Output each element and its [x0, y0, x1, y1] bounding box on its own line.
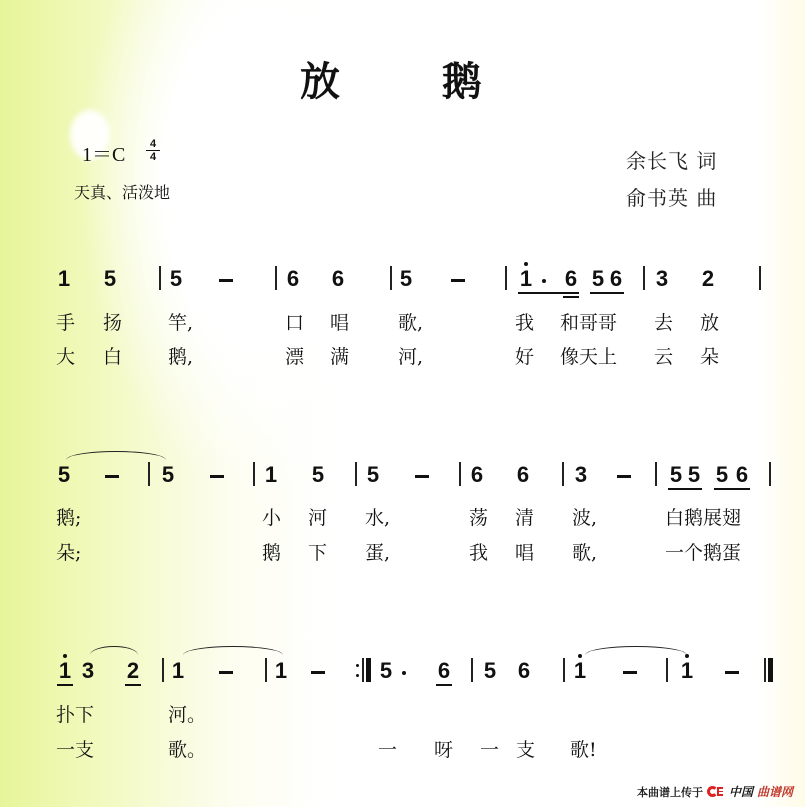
bar-line	[471, 658, 473, 682]
bar-line	[253, 462, 255, 486]
background-right-edge	[760, 0, 805, 807]
underline-eighth	[714, 488, 750, 490]
repeat-dot	[356, 664, 359, 667]
bar-line	[459, 462, 461, 486]
final-bar-thin	[764, 658, 766, 682]
high-octave-dot	[685, 654, 689, 658]
note: 3	[573, 464, 589, 486]
underline-sixteenth	[563, 296, 579, 298]
note: 6	[330, 268, 346, 290]
lyric: 河	[308, 508, 327, 528]
note: 5	[365, 464, 381, 486]
bar-line	[148, 462, 150, 486]
lyric: 歌,	[572, 543, 597, 563]
bar-line	[162, 658, 164, 682]
lyric: 河,	[398, 347, 423, 367]
lyric: 云	[654, 347, 673, 367]
note: 1	[56, 268, 72, 290]
site-logo-icon	[707, 786, 725, 798]
note: 2	[125, 660, 141, 682]
lyric: 歌,	[398, 313, 423, 333]
lyric: 手	[56, 313, 75, 333]
note: 6	[563, 268, 579, 290]
bar-line	[562, 462, 564, 486]
lyric: 波,	[572, 508, 597, 528]
note-high: 1	[679, 660, 695, 682]
note: 2	[700, 268, 716, 290]
note: 6	[515, 464, 531, 486]
time-signature: 4 4	[146, 139, 160, 162]
lyric: 朵	[700, 347, 719, 367]
repeat-bar-thick	[366, 658, 371, 682]
extension-dash	[415, 475, 429, 478]
underline-eighth	[518, 292, 579, 294]
note: 6	[734, 464, 750, 486]
high-octave-dot	[63, 654, 67, 658]
extension-dash	[623, 671, 637, 674]
note: 5	[102, 268, 118, 290]
lyric: 白鹅展翅	[665, 508, 741, 528]
bar-line	[265, 658, 267, 682]
note: 5	[168, 268, 184, 290]
lyric: 好	[515, 347, 534, 367]
lyric: 白	[103, 347, 122, 367]
note: 6	[436, 660, 452, 682]
repeat-bar-thin	[362, 658, 364, 682]
underline-eighth	[57, 684, 73, 686]
extension-dash	[451, 279, 465, 282]
lyric: 扬	[103, 313, 122, 333]
lyric: 口	[285, 313, 304, 333]
key-signature: 1＝C	[82, 138, 125, 167]
extension-dash	[311, 671, 325, 674]
bar-line	[769, 462, 771, 486]
note-high: 1	[57, 660, 73, 682]
bar-line	[655, 462, 657, 486]
note: 5	[590, 268, 606, 290]
lyric: 小	[262, 508, 281, 528]
note-high: 1	[572, 660, 588, 682]
lyric: 放	[700, 313, 719, 333]
song-title: 放 鹅	[300, 50, 526, 107]
lyric: 一个鹅蛋	[665, 543, 741, 563]
time-signature-top: 4	[150, 138, 156, 150]
high-octave-dot	[578, 654, 582, 658]
note: 1	[263, 464, 279, 486]
lyric: 漂	[285, 347, 304, 367]
repeat-dot	[356, 674, 359, 677]
underline-eighth	[590, 292, 624, 294]
extension-dash	[617, 475, 631, 478]
augmentation-dot	[542, 279, 546, 283]
bar-line	[159, 266, 161, 290]
lyric: 我	[469, 543, 488, 563]
note: 5	[310, 464, 326, 486]
underline-eighth	[668, 488, 702, 490]
note: 3	[80, 660, 96, 682]
bar-line	[759, 266, 761, 290]
note: 5	[714, 464, 730, 486]
lyric: 和哥哥	[560, 313, 617, 333]
bar-line	[643, 266, 645, 290]
site-name-part2: 曲谱网	[757, 783, 793, 800]
note: 5	[56, 464, 72, 486]
note-high: 1	[518, 268, 534, 290]
final-bar-thick	[768, 658, 773, 682]
bar-line	[666, 658, 668, 682]
lyric: 竿,	[168, 313, 193, 333]
note: 6	[516, 660, 532, 682]
underline-eighth	[125, 684, 141, 686]
extension-dash	[219, 279, 233, 282]
note: 5	[482, 660, 498, 682]
lyric: 荡	[469, 508, 488, 528]
note: 5	[398, 268, 414, 290]
lyric: 支	[516, 740, 535, 760]
lyric: 一	[480, 740, 499, 760]
lyric: 鹅	[262, 543, 281, 563]
note: 6	[285, 268, 301, 290]
lyric: 河。	[168, 705, 206, 725]
note: 1	[170, 660, 186, 682]
lyricist-credit: 余长飞 词	[626, 145, 717, 174]
lyric: 清	[515, 508, 534, 528]
note: 5	[686, 464, 702, 486]
lyric: 呀	[434, 740, 453, 760]
watermark-text: 本曲谱上传于	[637, 784, 703, 800]
lyric: 一支	[56, 740, 94, 760]
lyric: 唱	[515, 543, 534, 563]
augmentation-dot	[402, 671, 406, 675]
lyric: 像天上	[560, 347, 617, 367]
note: 6	[608, 268, 624, 290]
lyric: 去	[654, 313, 673, 333]
lyric: 朵;	[56, 543, 81, 563]
bar-line	[390, 266, 392, 290]
note: 3	[654, 268, 670, 290]
high-octave-dot	[524, 262, 528, 266]
lyric: 满	[330, 347, 349, 367]
bar-line	[505, 266, 507, 290]
lyric: 唱	[330, 313, 349, 333]
lyric: 蛋,	[365, 543, 390, 563]
lyric: 我	[515, 313, 534, 333]
underline-eighth	[436, 684, 452, 686]
lyric: 鹅,	[168, 347, 193, 367]
bar-line	[355, 462, 357, 486]
bar-line	[563, 658, 565, 682]
extension-dash	[105, 475, 119, 478]
lyric: 歌!	[570, 740, 597, 760]
tempo-marking: 天真、活泼地	[74, 180, 170, 203]
composer-credit: 俞书英 曲	[626, 182, 717, 211]
extension-dash	[725, 671, 739, 674]
note: 5	[668, 464, 684, 486]
site-name-part1: 中国	[729, 783, 753, 800]
lyric: 下	[308, 543, 327, 563]
lyric: 一	[378, 740, 397, 760]
lyric: 鹅;	[56, 508, 81, 528]
extension-dash	[210, 475, 224, 478]
note: 6	[469, 464, 485, 486]
extension-dash	[219, 671, 233, 674]
lyric: 大	[56, 347, 75, 367]
bar-line	[275, 266, 277, 290]
lyric: 扑下	[56, 705, 94, 725]
note: 5	[378, 660, 394, 682]
tie	[585, 646, 687, 655]
note: 1	[273, 660, 289, 682]
lyric: 水,	[365, 508, 390, 528]
note: 5	[160, 464, 176, 486]
time-signature-bottom: 4	[150, 151, 156, 163]
upload-watermark: 本曲谱上传于 中国曲谱网	[637, 783, 793, 800]
lyric: 歌。	[168, 740, 206, 760]
